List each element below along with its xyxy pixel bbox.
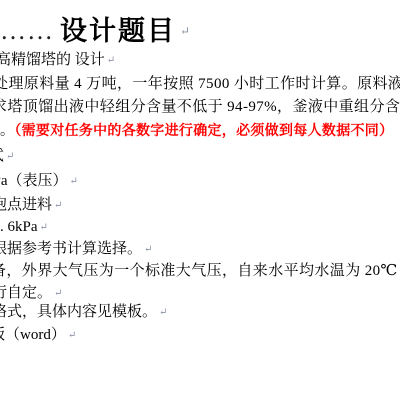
- doc-line-text: 行自定。: [0, 285, 52, 301]
- doc-line: 泡点进料↵: [0, 197, 62, 214]
- doc-line: 根据参考书计算选择。↵: [0, 241, 152, 258]
- doc-line: kPa（表压）↵: [0, 173, 78, 190]
- doc-line: . 6kPa↵: [0, 219, 48, 236]
- doc-line: 处理原料量 4 万吨，一年按照 7500 小时工作时计算。原料液: [0, 76, 400, 93]
- doc-line-prefix: 。: [0, 124, 14, 139]
- doc-line-text: kPa（表压）: [0, 173, 68, 189]
- paragraph-mark-icon: ↵: [70, 176, 78, 187]
- doc-line-text: 备，外界大气压为一个标准大气压，自来水平均水温为 20℃: [0, 263, 398, 279]
- paragraph-mark-icon: ↵: [40, 222, 48, 233]
- paragraph-mark-icon: ↵: [68, 330, 76, 341]
- doc-line-text: 高精馏塔的 设计: [0, 52, 105, 68]
- doc-line: 式↵: [0, 148, 14, 165]
- doc-line: 格式，具体内容见模板。↵: [0, 304, 167, 321]
- doc-line: 高精馏塔的 设计↵: [0, 52, 115, 69]
- paragraph-mark-icon: ↵: [54, 200, 62, 211]
- document-heading-row: …… 设计题目 ↵: [0, 14, 190, 48]
- paragraph-mark-icon: ↵: [159, 307, 167, 318]
- paragraph-mark-icon: ↵: [54, 288, 62, 299]
- doc-line: 求塔顶馏出液中轻组分含量不低于 94-97%，釜液中重组分含量不低: [0, 99, 400, 116]
- leader-dots: ……: [0, 14, 54, 48]
- paragraph-mark-icon: ↵: [6, 151, 14, 162]
- doc-line-red-note: 。（需要对任务中的各数字进行确定，必须做到每人数据不同）: [0, 123, 393, 140]
- paragraph-mark-icon: ↵: [107, 55, 115, 66]
- doc-line-text: 求塔顶馏出液中轻组分含量不低于 94-97%，釜液中重组分含量不低: [0, 99, 400, 115]
- doc-line-text: 根据参考书计算选择。: [0, 241, 142, 257]
- doc-line-text: 式: [0, 148, 4, 164]
- doc-line: 备，外界大气压为一个标准大气压，自来水平均水温为 20℃: [0, 263, 398, 280]
- red-note-text: （需要对任务中的各数字进行确定，必须做到每人数据不同）: [14, 124, 393, 139]
- doc-line-text: 处理原料量 4 万吨，一年按照 7500 小时工作时计算。原料液: [0, 76, 400, 92]
- doc-line: 版（word）↵: [0, 327, 76, 344]
- doc-line-text: 泡点进料: [0, 197, 52, 213]
- page-title: 设计题目: [60, 14, 176, 48]
- paragraph-mark-icon: ↵: [180, 24, 190, 39]
- doc-line-text: 版（word）: [0, 327, 66, 343]
- paragraph-mark-icon: ↵: [144, 244, 152, 255]
- doc-line-text: 格式，具体内容见模板。: [0, 304, 157, 320]
- doc-line-text: . 6kPa: [0, 219, 38, 235]
- document-page: …… 设计题目 ↵ 高精馏塔的 设计↵ 处理原料量 4 万吨，一年按照 7500…: [0, 0, 400, 400]
- doc-line: 行自定。↵: [0, 285, 62, 302]
